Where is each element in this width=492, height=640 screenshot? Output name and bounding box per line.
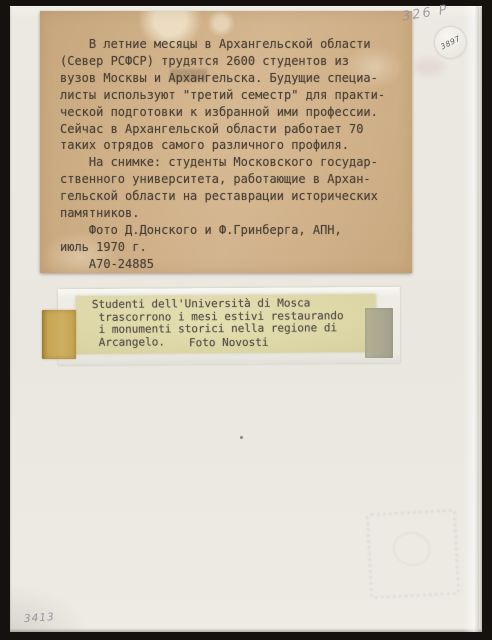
photo-card-back: В летние месяцы в Архангельской области … xyxy=(10,6,482,632)
italian-caption-paper: Studenti dell'Università di Mosca trasco… xyxy=(76,294,376,354)
pencil-number-top-right: 326 P xyxy=(401,2,450,24)
pencil-number-bottom-left: 3413 xyxy=(24,611,55,625)
paper-speck xyxy=(240,436,243,439)
russian-caption-line: Сейчас в Архангельской области работает … xyxy=(60,121,412,138)
russian-caption-line: листы используют "третий семестр" для пр… xyxy=(60,87,412,104)
russian-caption-label: В летние месяцы в Архангельской области … xyxy=(40,11,412,273)
russian-caption-line: памятников. xyxy=(60,205,412,222)
overtype-smudge xyxy=(170,69,207,81)
russian-caption-line: ственного университета, работающие в Арх… xyxy=(60,171,412,188)
faint-stamp xyxy=(366,509,460,600)
russian-caption-line: На снимке: студенты Московского государ- xyxy=(60,154,412,171)
russian-caption-line: вузов Москвы и Архангельска. Будущие спе… xyxy=(60,70,412,87)
russian-caption-line: гельской области на реставрации историче… xyxy=(60,188,412,205)
italian-caption-line: Arcangelo.Foto Novosti xyxy=(92,335,376,350)
tape-piece-right xyxy=(365,308,393,358)
clear-tape-band: Studenti dell'Università di Mosca trasco… xyxy=(58,287,401,365)
russian-caption-line: июль 1970 г. xyxy=(60,239,412,256)
russian-caption-line: В летние месяцы в Архангельской области xyxy=(60,36,412,53)
russian-caption-line: (Север РСФСР) трудятся 2600 студентов из xyxy=(60,53,412,70)
sticker-number: 3897 xyxy=(439,34,462,52)
archive-sticker: 3897 xyxy=(435,27,466,58)
russian-caption-line: Фото Д.Донского и Ф.Гринберга, АПН, xyxy=(60,222,412,239)
card-edge-sheen xyxy=(463,6,479,632)
ink-smudge xyxy=(414,58,444,76)
russian-caption-line: таких отрядов самого различного профиля. xyxy=(60,137,412,154)
photo-credit: Foto Novosti xyxy=(189,337,269,350)
tape-piece-left xyxy=(42,310,76,359)
russian-caption-line: А70-24885 xyxy=(60,256,412,273)
russian-caption-line: ческой подготовки к избранной ими профес… xyxy=(60,104,412,121)
italian-caption-lastline: Arcangelo. xyxy=(92,336,165,350)
